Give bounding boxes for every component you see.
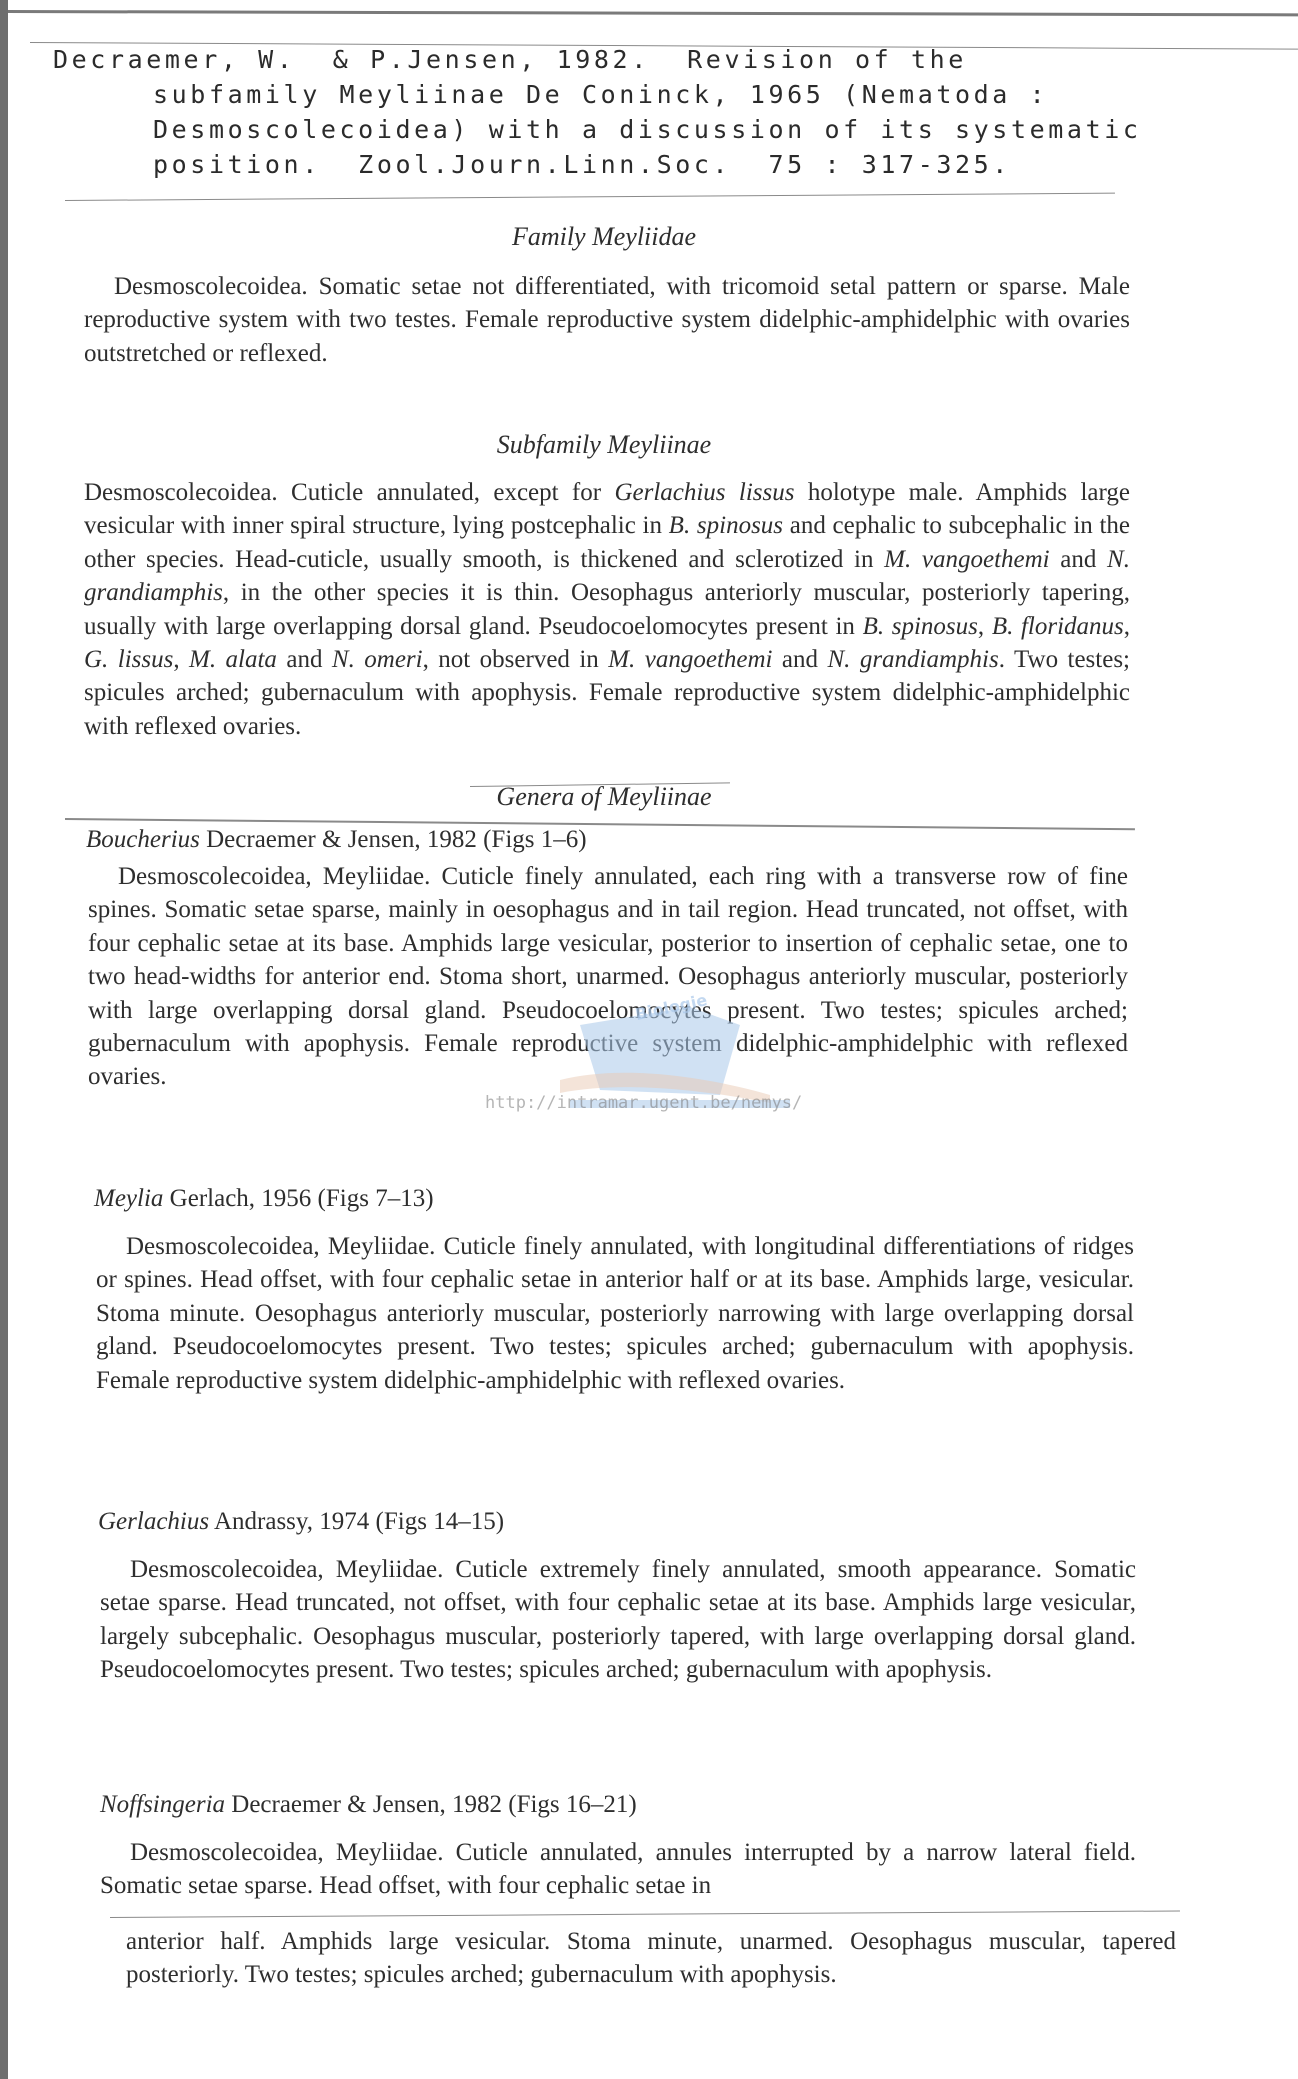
genus-heading-noffsingeria: Noffsingeria Decraemer & Jensen, 1982 (F… (100, 1791, 637, 1819)
citation-bottom-rule (65, 193, 1115, 201)
genus-authority: Andrassy, 1974 (Figs 14–15) (209, 1508, 504, 1535)
taxon-name: N. grandiamphis (827, 646, 998, 673)
paragraph-text: and (1050, 546, 1107, 573)
taxon-name: M. vangoethemi (884, 546, 1049, 573)
genus-description-boucherius: Desmoscolecoidea, Meyliidae. Cuticle fin… (88, 860, 1128, 1094)
taxon-name: Gerlachius lissus (614, 479, 794, 506)
citation-line: subfamily Meyliinae De Coninck, 1965 (Ne… (153, 77, 1048, 112)
genus-description-gerlachius: Desmoscolecoidea, Meyliidae. Cuticle ext… (100, 1553, 1136, 1687)
genus-description-noffsingeria-part1: Desmoscolecoidea, Meyliidae. Cuticle ann… (100, 1836, 1136, 1903)
genus-description-noffsingeria-part2: anterior half. Amphids large vesicular. … (126, 1925, 1176, 1992)
genus-name: Gerlachius (98, 1508, 209, 1535)
genus-description-text: Desmoscolecoidea, Meyliidae. Cuticle ext… (100, 1556, 1136, 1683)
taxon-name: M. alata (189, 646, 277, 673)
taxon-name: B. spinosus (863, 613, 978, 640)
genus-authority: Gerlach, 1956 (Figs 7–13) (163, 1185, 433, 1212)
paste-seam-rule (110, 1910, 1180, 1918)
genus-heading-meylia: Meylia Gerlach, 1956 (Figs 7–13) (94, 1185, 434, 1213)
taxon-name: B. spinosus (669, 512, 783, 539)
genus-description-text: Desmoscolecoidea, Meyliidae. Cuticle fin… (88, 863, 1128, 1090)
paragraph-text: , (978, 613, 992, 640)
genus-name: Meylia (94, 1185, 163, 1212)
watermark-url: http://intramar.ugent.be/nemys/ (485, 1093, 802, 1113)
genus-description-text: anterior half. Amphids large vesicular. … (126, 1928, 1176, 1988)
family-heading: Family Meyliidae (404, 222, 804, 252)
genus-heading-gerlachius: Gerlachius Andrassy, 1974 (Figs 14–15) (98, 1508, 504, 1536)
taxon-name: M. vangoethemi (608, 646, 772, 673)
citation-line: Decraemer, W. & P.Jensen, 1982. Revision… (53, 42, 967, 77)
top-rule (8, 10, 1298, 16)
paragraph-text: , (1124, 613, 1130, 640)
paragraph-text: , not observed in (423, 646, 609, 673)
family-paragraph-text: Desmoscolecoidea. Somatic setae not diff… (84, 273, 1130, 367)
genus-heading-boucherius: Boucherius Decraemer & Jensen, 1982 (Fig… (86, 826, 587, 854)
paragraph-text: and (277, 646, 332, 673)
citation-line: position. Zool.Journ.Linn.Soc. 75 : 317-… (153, 147, 1011, 182)
genus-authority: Decraemer & Jensen, 1982 (Figs 16–21) (225, 1791, 637, 1818)
paragraph-text: , (173, 646, 189, 673)
genus-description-text: Desmoscolecoidea, Meyliidae. Cuticle ann… (100, 1839, 1136, 1899)
genus-description-text: Desmoscolecoidea, Meyliidae. Cuticle fin… (96, 1233, 1134, 1394)
paragraph-text: Desmoscolecoidea. Cuticle annulated, exc… (84, 479, 614, 506)
genus-name: Boucherius (86, 826, 200, 853)
genus-name: Noffsingeria (100, 1791, 225, 1818)
citation-line: Desmoscolecoidea) with a discussion of i… (153, 112, 1142, 147)
subfamily-heading: Subfamily Meyliinae (404, 430, 804, 460)
genus-authority: Decraemer & Jensen, 1982 (Figs 1–6) (200, 826, 587, 853)
taxon-name: N. omeri (332, 646, 423, 673)
family-paragraph: Desmoscolecoidea. Somatic setae not diff… (84, 270, 1130, 370)
taxon-name: B. floridanus (992, 613, 1124, 640)
subfamily-paragraph: Desmoscolecoidea. Cuticle annulated, exc… (84, 476, 1130, 743)
taxon-name: G. lissus (84, 646, 173, 673)
genus-description-meylia: Desmoscolecoidea, Meyliidae. Cuticle fin… (96, 1230, 1134, 1397)
genera-heading: Genera of Meyliinae (404, 782, 804, 812)
paragraph-text: and (772, 646, 827, 673)
scan-left-border (0, 0, 8, 2079)
